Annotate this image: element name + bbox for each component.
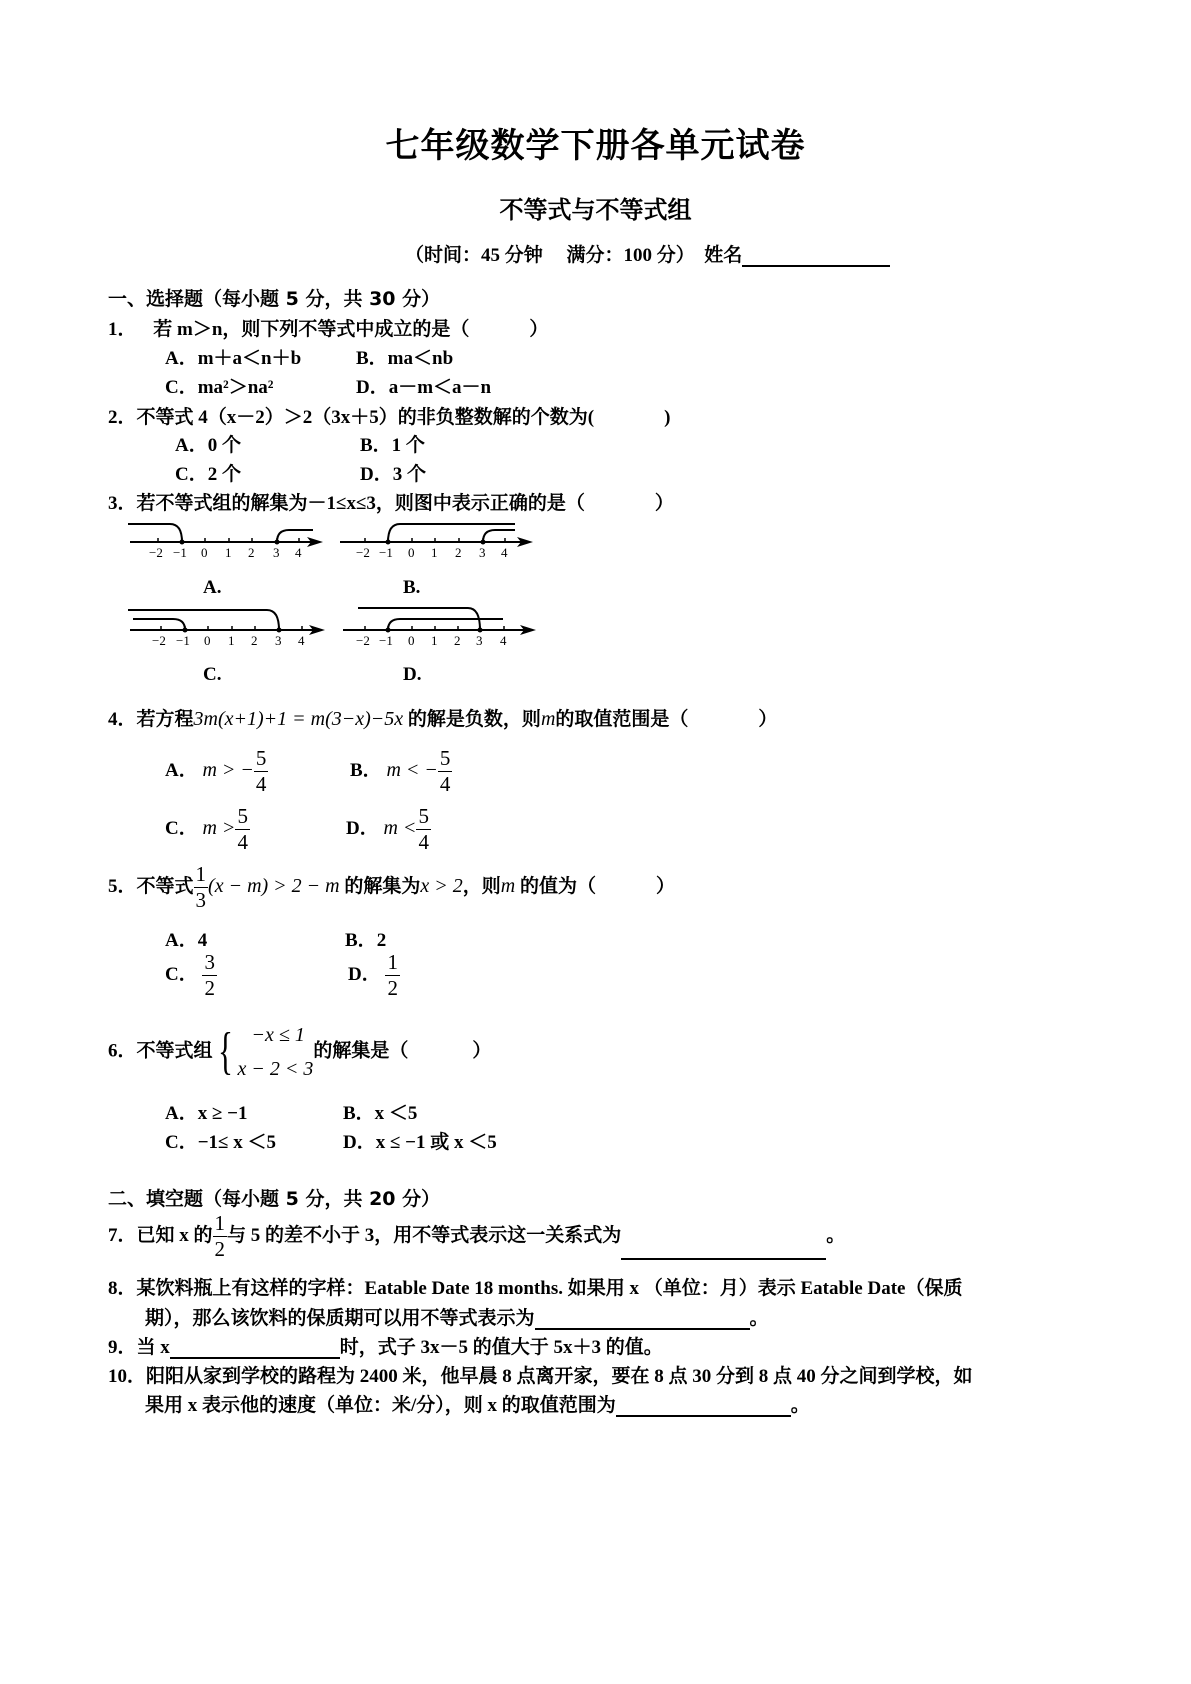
- question-number: 8．: [108, 1278, 137, 1299]
- question-number: 1．: [108, 319, 137, 340]
- svg-text:−1: −1: [379, 545, 393, 560]
- option-label: A．: [165, 930, 198, 951]
- svg-text:3: 3: [273, 545, 280, 560]
- fraction: 54: [235, 806, 250, 853]
- period: 。: [750, 1308, 769, 1329]
- svg-text:4: 4: [295, 545, 302, 560]
- question-number: 3．: [108, 493, 137, 514]
- q2-option-c[interactable]: C．2 个: [175, 459, 241, 486]
- svg-text:−2: −2: [356, 633, 370, 648]
- answer-blank-8[interactable]: [535, 1308, 750, 1330]
- q5-option-b[interactable]: B．2: [345, 925, 386, 952]
- question-stem-line2: 果用 x 表示他的速度（单位：米/分），则 x 的取值范围为: [145, 1395, 616, 1416]
- question-10-line2: 果用 x 表示他的速度（单位：米/分），则 x 的取值范围为。: [145, 1390, 810, 1417]
- question-8-line2: 期），那么该饮料的保质期可以用不等式表示为。: [145, 1303, 769, 1330]
- period: 。: [791, 1395, 810, 1416]
- svg-text:3: 3: [476, 633, 483, 648]
- option-value: 4: [198, 930, 208, 951]
- page-title: 七年级数学下册各单元试卷: [0, 118, 1191, 167]
- svg-text:2: 2: [251, 633, 258, 648]
- variable: m: [541, 708, 555, 730]
- answer-blank-10[interactable]: [616, 1395, 791, 1417]
- question-number: 6．: [108, 1040, 137, 1061]
- option-expr: m >: [202, 817, 235, 839]
- question-stem: 若不等式组的解集为－1≤x≤3，则图中表示正确的是（: [137, 493, 585, 514]
- variable: m: [501, 875, 515, 897]
- q4-option-d[interactable]: D． m <54: [346, 806, 431, 853]
- svg-text:0: 0: [408, 545, 415, 560]
- fraction: 54: [416, 806, 431, 853]
- svg-text:0: 0: [201, 545, 208, 560]
- q5-option-d[interactable]: D． 12: [348, 952, 400, 999]
- equation: 3m(x+1)+1 = m(3−x)−5x: [194, 708, 404, 730]
- svg-text:1: 1: [225, 545, 232, 560]
- question-stem-line1: 某饮料瓶上有这样的字样：Eatable Date 18 months. 如果用 …: [137, 1278, 963, 1299]
- option-label: C．: [165, 964, 198, 985]
- name-blank[interactable]: [742, 245, 890, 267]
- svg-text:−2: −2: [152, 633, 166, 648]
- close-paren: ）: [472, 1040, 491, 1061]
- question-4: 4．若方程3m(x+1)+1 = m(3−x)−5x 的解是负数，则m的取值范围…: [108, 704, 777, 731]
- svg-text:0: 0: [204, 633, 211, 648]
- option-label: A．: [165, 760, 198, 781]
- question-stem: 不等式: [137, 876, 194, 897]
- exam-meta-text: （时间：45 分钟 满分：100 分） 姓名: [405, 245, 742, 266]
- q1-option-a[interactable]: A．m＋a＜n＋b: [165, 343, 301, 370]
- fraction: 32: [202, 952, 217, 999]
- q6-option-a[interactable]: A．x ≥ −1: [165, 1098, 247, 1125]
- question-stem: 当 x: [137, 1337, 170, 1358]
- q1-option-c[interactable]: C．ma²＞na²: [165, 372, 274, 399]
- question-stem-line2: 期），那么该饮料的保质期可以用不等式表示为: [145, 1308, 535, 1329]
- svg-text:1: 1: [431, 633, 438, 648]
- svg-text:3: 3: [275, 633, 282, 648]
- question-2: 2．不等式 4（x－2）＞2（3x＋5）的非负整数解的个数为(): [108, 402, 670, 429]
- number-line-d[interactable]: −2−101234: [338, 604, 538, 648]
- inequality-expr: (x − m) > 2 − m: [208, 875, 340, 897]
- option-label: D．: [348, 964, 381, 985]
- q5-option-a[interactable]: A．4: [165, 925, 207, 952]
- question-number: 5．: [108, 876, 137, 897]
- number-line-b[interactable]: −2−101234: [335, 518, 535, 560]
- question-6: 6．不等式组{−x ≤ 1x − 2 < 3的解集是（）: [108, 1018, 491, 1086]
- q6-option-c[interactable]: C．−1≤ x ＜5: [165, 1127, 276, 1154]
- question-stem: 不等式 4（x－2）＞2（3x＋5）的非负整数解的个数为(: [137, 407, 595, 428]
- question-number: 4．: [108, 709, 137, 730]
- q2-option-a[interactable]: A．0 个: [175, 430, 241, 457]
- fraction: 54: [438, 748, 453, 795]
- q2-option-d[interactable]: D．3 个: [360, 459, 426, 486]
- svg-text:3: 3: [479, 545, 486, 560]
- question-stem-line1: 阳阳从家到学校的路程为 2400 米，他早晨 8 点离开家，要在 8 点 30 …: [146, 1366, 973, 1387]
- q3-option-d-label[interactable]: D.: [403, 664, 421, 686]
- svg-text:−1: −1: [176, 633, 190, 648]
- question-stem-post: 与 5 的差不小于 3，用不等式表示这一关系式为: [227, 1225, 621, 1246]
- question-stem: 不等式组: [137, 1040, 213, 1061]
- svg-text:4: 4: [500, 633, 507, 648]
- question-stem: 若方程: [137, 709, 194, 730]
- number-line-a[interactable]: −2−101234: [125, 518, 325, 560]
- svg-text:2: 2: [248, 545, 255, 560]
- svg-text:1: 1: [431, 545, 438, 560]
- q1-option-b[interactable]: B．ma＜nb: [356, 343, 453, 370]
- svg-text:−1: −1: [379, 633, 393, 648]
- close-paren: ）: [655, 493, 674, 514]
- close-paren: ）: [758, 709, 777, 730]
- svg-text:−1: −1: [173, 545, 187, 560]
- close-paren: ）: [656, 876, 675, 897]
- question-stem-post: 时，式子 3x－5 的值大于 5x＋3 的值。: [340, 1337, 663, 1358]
- svg-text:2: 2: [454, 633, 461, 648]
- section-heading-fill: 二、填空题（每小题 5 分，共 20 分）: [108, 1184, 440, 1211]
- question-stem: 已知 x 的: [137, 1225, 213, 1246]
- question-10: 10．阳阳从家到学校的路程为 2400 米，他早晨 8 点离开家，要在 8 点 …: [108, 1361, 973, 1388]
- q3-option-c-label[interactable]: C.: [203, 664, 221, 686]
- q3-option-b-label[interactable]: B.: [403, 577, 420, 599]
- svg-text:−2: −2: [356, 545, 370, 560]
- close-paren: ）: [529, 319, 548, 340]
- brace-icon: {: [218, 1026, 233, 1078]
- svg-text:4: 4: [501, 545, 508, 560]
- question-number: 10．: [108, 1366, 146, 1387]
- option-label: B．: [350, 760, 382, 781]
- question-stem: 若 m＞n，则下列不等式中成立的是（: [153, 319, 469, 340]
- svg-text:1: 1: [228, 633, 235, 648]
- question-9: 9．当 x时，式子 3x－5 的值大于 5x＋3 的值。: [108, 1332, 663, 1359]
- option-label: B．: [345, 930, 377, 951]
- answer-blank-7[interactable]: [621, 1238, 826, 1260]
- question-3: 3．若不等式组的解集为－1≤x≤3，则图中表示正确的是（）: [108, 488, 674, 515]
- option-expr: m < −: [386, 759, 437, 781]
- question-5: 5．不等式13(x − m) > 2 − m 的解集为x > 2，则m 的值为（…: [108, 864, 675, 911]
- question-number: 7．: [108, 1225, 137, 1246]
- solution-condition: x > 2: [420, 875, 462, 897]
- fraction: 54: [254, 748, 269, 795]
- question-stem-end: 的值为（: [520, 876, 596, 897]
- q6-option-b[interactable]: B．x ＜5: [343, 1098, 417, 1125]
- svg-text:0: 0: [408, 633, 415, 648]
- question-stem-mid: 的解集为: [344, 876, 420, 897]
- q2-option-b[interactable]: B．1 个: [360, 430, 425, 457]
- option-label: C．: [165, 818, 198, 839]
- svg-text:−2: −2: [149, 545, 163, 560]
- question-stem-end: 的解集是（: [313, 1040, 408, 1061]
- fraction: 12: [213, 1213, 228, 1260]
- option-label: D．: [346, 818, 379, 839]
- option-value: 2: [377, 930, 387, 951]
- question-7: 7．已知 x 的12与 5 的差不小于 3，用不等式表示这一关系式为。: [108, 1213, 845, 1260]
- question-stem-end: 的取值范围是（: [555, 709, 688, 730]
- fraction: 12: [385, 952, 400, 999]
- period: 。: [826, 1225, 845, 1246]
- option-expr: m > −: [202, 759, 253, 781]
- question-number: 9．: [108, 1337, 137, 1358]
- question-1: 1． 若 m＞n，则下列不等式中成立的是（）: [108, 314, 548, 341]
- question-stem-mid: 的解是负数，则: [408, 709, 541, 730]
- q1-option-d[interactable]: D．a－m＜a－n: [356, 372, 491, 399]
- exam-meta: （时间：45 分钟 满分：100 分） 姓名: [405, 240, 890, 267]
- page-subtitle: 不等式与不等式组: [0, 190, 1191, 225]
- q3-option-a-label[interactable]: A.: [203, 577, 221, 599]
- fraction: 13: [194, 864, 209, 911]
- answer-blank-9[interactable]: [170, 1337, 340, 1359]
- q6-option-d[interactable]: D．x ≤ −1 或 x ＜5: [343, 1127, 497, 1154]
- question-number: 2．: [108, 407, 137, 428]
- svg-text:2: 2: [455, 545, 462, 560]
- question-stem-mid2: ，则: [463, 876, 501, 897]
- section-heading-choice: 一、选择题（每小题 5 分，共 30 分）: [108, 284, 440, 311]
- question-8: 8．某饮料瓶上有这样的字样：Eatable Date 18 months. 如果…: [108, 1273, 962, 1300]
- option-expr: m <: [383, 817, 416, 839]
- q4-option-b[interactable]: B． m < −54: [350, 748, 452, 795]
- inequality-system: −x ≤ 1x − 2 < 3: [238, 1018, 314, 1086]
- q5-option-c[interactable]: C． 32: [165, 952, 217, 999]
- q4-option-c[interactable]: C． m >54: [165, 806, 250, 853]
- q4-option-a[interactable]: A． m > −54: [165, 748, 268, 795]
- close-paren: ): [664, 407, 670, 428]
- svg-text:4: 4: [298, 633, 305, 648]
- number-line-c[interactable]: −2−101234: [125, 604, 325, 648]
